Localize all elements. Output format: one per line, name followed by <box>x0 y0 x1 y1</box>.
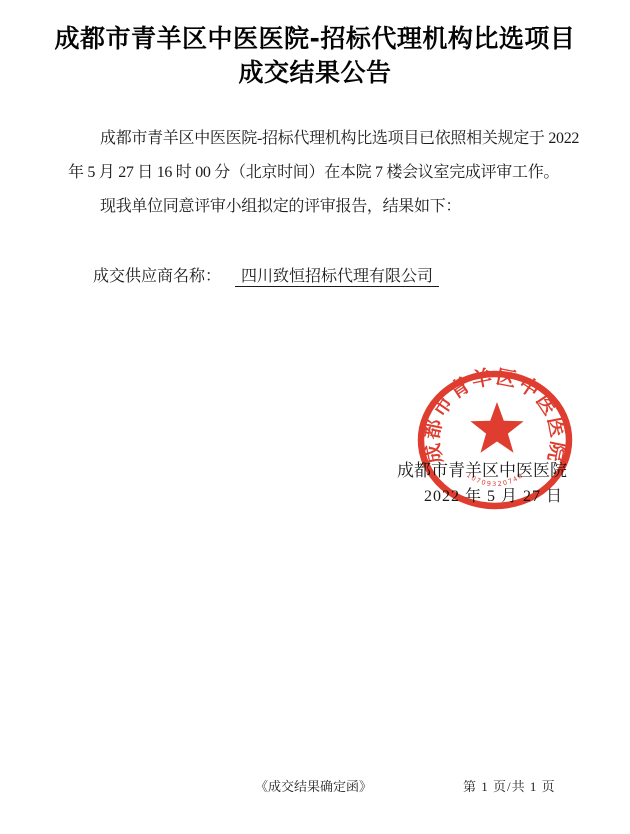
page-title: 成都市青羊区中医医院-招标代理机构比选项目 成交结果公告 <box>0 22 630 90</box>
paragraph-line: 成都市青羊区中医医院-招标代理机构比选项目已依照相关规定于 2022 <box>68 122 568 156</box>
page-title-line2: 成交结果公告 <box>0 56 630 90</box>
body-text: 成都市青羊区中医医院-招标代理机构比选项目已依照相关规定于 2022 年 5 月… <box>68 122 568 224</box>
signature-date: 2022 年 5 月 27 日 <box>330 484 567 510</box>
paragraph-line: 年 5 月 27 日 16 时 00 分（北京时间）在本院 7 楼会议室完成评审… <box>68 156 568 190</box>
supplier-name: 四川致恒招标代理有限公司 <box>235 268 439 287</box>
signature-org: 成都市青羊区中医医院 <box>330 458 567 484</box>
signature-block: 成都市青羊区中医医院 2022 年 5 月 27 日 <box>330 458 567 510</box>
paragraph-line: 现我单位同意评审小组拟定的评审报告，结果如下： <box>68 190 568 224</box>
seal-ring-text: 成都市青羊区中医医院 <box>419 364 571 466</box>
supplier-row: 成交供应商名称：四川致恒招标代理有限公司 <box>93 264 439 290</box>
page-title-line1: 成都市青羊区中医医院-招标代理机构比选项目 <box>0 22 630 56</box>
page-footer: 《成交结果确定函》 第 1 页/共 1 页 <box>0 776 630 796</box>
seal-ring-text-holder: 成都市青羊区中医医院 <box>419 364 571 466</box>
footer-doc-label: 《成交结果确定函》 <box>255 776 372 795</box>
document-page: 成都市青羊区中医医院-招标代理机构比选项目 成交结果公告 成都市青羊区中医医院-… <box>0 0 630 834</box>
footer-page-info: 第 1 页/共 1 页 <box>463 776 556 795</box>
supplier-label: 成交供应商名称： <box>93 268 221 285</box>
seal-star-icon <box>470 402 523 453</box>
